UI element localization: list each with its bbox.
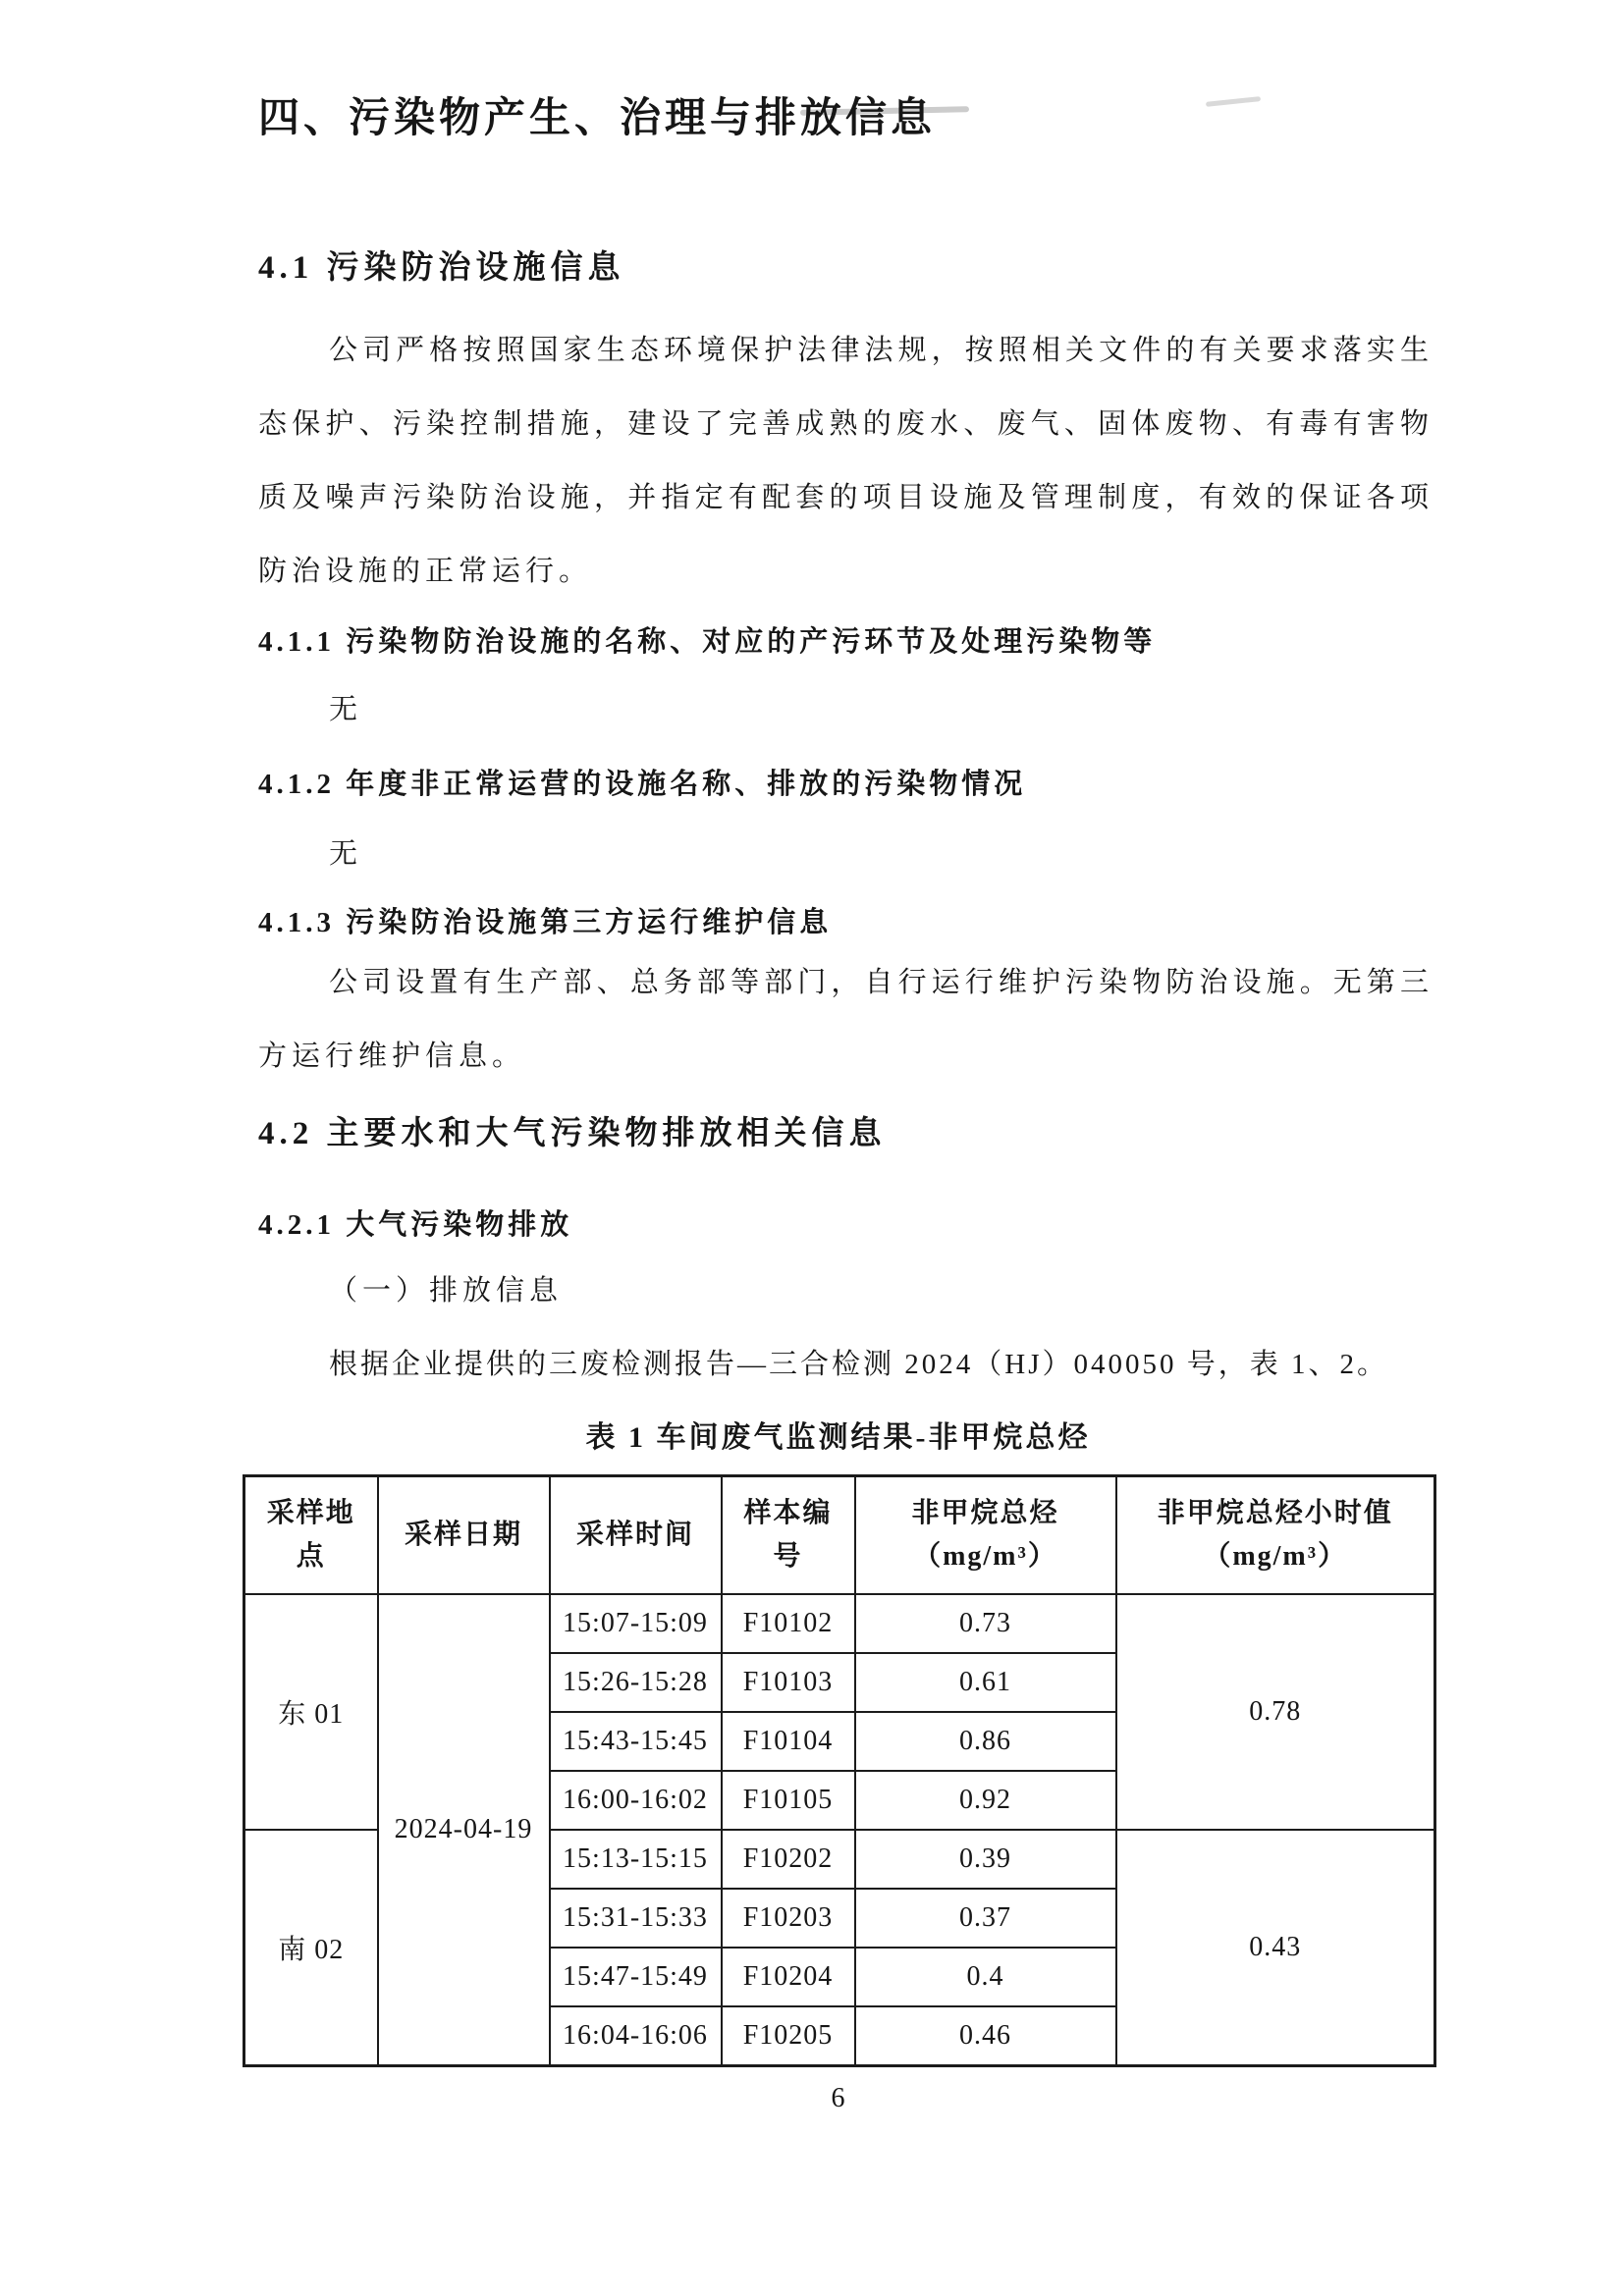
cell-sample: F10102 xyxy=(722,1594,855,1653)
emission-info-subheading: （一）排放信息 xyxy=(258,1255,1434,1328)
header-sampling-date: 采样日期 xyxy=(378,1476,550,1595)
section-4-1-3-paragraph: 公司设置有生产部、总务部等部门，自行运行维护污染物防治设施。无第三方运行维护信息… xyxy=(258,946,1434,1094)
section-4-1-2-heading: 4.1.2 年度非正常运营的设施名称、排放的污染物情况 xyxy=(258,761,1434,808)
cell-value: 0.4 xyxy=(855,1948,1116,2006)
page-content: 四、污染物产生、治理与排放信息 4.1 污染防治设施信息 公司严格按照国家生态环… xyxy=(258,0,1434,2118)
table-header: 采样地 点 采样日期 采样时间 样本编 号 非甲烷总烃 （mg/m³） 非甲烷总… xyxy=(244,1476,1435,1595)
scanned-document-page: 四、污染物产生、治理与排放信息 4.1 污染防治设施信息 公司严格按照国家生态环… xyxy=(0,0,1623,2296)
table-1-caption: 表 1 车间废气监测结果-非甲烷总烃 xyxy=(243,1415,1434,1461)
cell-location: 南 02 xyxy=(244,1830,378,2066)
cell-sample: F10205 xyxy=(722,2006,855,2066)
cell-time: 15:31-15:33 xyxy=(550,1889,722,1948)
cell-sample: F10202 xyxy=(722,1830,855,1889)
cell-time: 15:47-15:49 xyxy=(550,1948,722,2006)
waste-gas-monitoring-table: 采样地 点 采样日期 采样时间 样本编 号 非甲烷总烃 （mg/m³） 非甲烷总… xyxy=(243,1474,1436,2067)
section-4-2-heading: 4.2 主要水和大气污染物排放相关信息 xyxy=(258,1109,1434,1158)
table-row: 东 01 2024-04-19 15:07-15:09 F10102 0.73 … xyxy=(244,1594,1435,1653)
cell-time: 15:43-15:45 xyxy=(550,1712,722,1771)
header-nmhc-hourly: 非甲烷总烃小时值 （mg/m³） xyxy=(1116,1476,1435,1595)
header-nmhc: 非甲烷总烃 （mg/m³） xyxy=(855,1476,1116,1595)
cell-location: 东 01 xyxy=(244,1594,378,1830)
cell-time: 16:04-16:06 xyxy=(550,2006,722,2066)
cell-value: 0.73 xyxy=(855,1594,1116,1653)
cell-time: 15:07-15:09 xyxy=(550,1594,722,1653)
cell-time: 15:13-15:15 xyxy=(550,1830,722,1889)
cell-value: 0.61 xyxy=(855,1653,1116,1712)
cell-time: 15:26-15:28 xyxy=(550,1653,722,1712)
cell-sample: F10104 xyxy=(722,1712,855,1771)
cell-date: 2024-04-19 xyxy=(378,1594,550,2066)
section-4-1-1-answer: 无 xyxy=(258,673,1434,747)
cell-value: 0.86 xyxy=(855,1712,1116,1771)
cell-sample: F10204 xyxy=(722,1948,855,2006)
table-body: 东 01 2024-04-19 15:07-15:09 F10102 0.73 … xyxy=(244,1594,1435,2066)
cell-value: 0.46 xyxy=(855,2006,1116,2066)
cell-sample: F10103 xyxy=(722,1653,855,1712)
page-number: 6 xyxy=(243,2079,1434,2118)
section-4-1-2-answer: 无 xyxy=(258,818,1434,891)
cell-value: 0.92 xyxy=(855,1771,1116,1830)
header-sampling-time: 采样时间 xyxy=(550,1476,722,1595)
header-sample-id: 样本编 号 xyxy=(722,1476,855,1595)
section-4-1-heading: 4.1 污染防治设施信息 xyxy=(258,243,1434,293)
cell-value: 0.39 xyxy=(855,1830,1116,1889)
cell-sample: F10203 xyxy=(722,1889,855,1948)
cell-time: 16:00-16:02 xyxy=(550,1771,722,1830)
section-4-1-1-heading: 4.1.1 污染物防治设施的名称、对应的产污环节及处理污染物等 xyxy=(258,618,1434,666)
document-title: 四、污染物产生、治理与排放信息 xyxy=(258,90,1434,147)
table-header-row: 采样地 点 采样日期 采样时间 样本编 号 非甲烷总烃 （mg/m³） 非甲烷总… xyxy=(244,1476,1435,1595)
header-sampling-location: 采样地 点 xyxy=(244,1476,378,1595)
cell-hourly-value: 0.78 xyxy=(1116,1594,1435,1830)
cell-sample: F10105 xyxy=(722,1771,855,1830)
cell-hourly-value: 0.43 xyxy=(1116,1830,1435,2066)
section-4-1-paragraph: 公司严格按照国家生态环境保护法律法规，按照相关文件的有关要求落实生态保护、污染控… xyxy=(258,314,1434,609)
section-4-2-1-heading: 4.2.1 大气污染物排放 xyxy=(258,1201,1434,1249)
section-4-1-3-heading: 4.1.3 污染防治设施第三方运行维护信息 xyxy=(258,899,1434,946)
cell-value: 0.37 xyxy=(855,1889,1116,1948)
report-reference-line: 根据企业提供的三废检测报告—三合检测 2024（HJ）040050 号，表 1、… xyxy=(258,1328,1434,1402)
